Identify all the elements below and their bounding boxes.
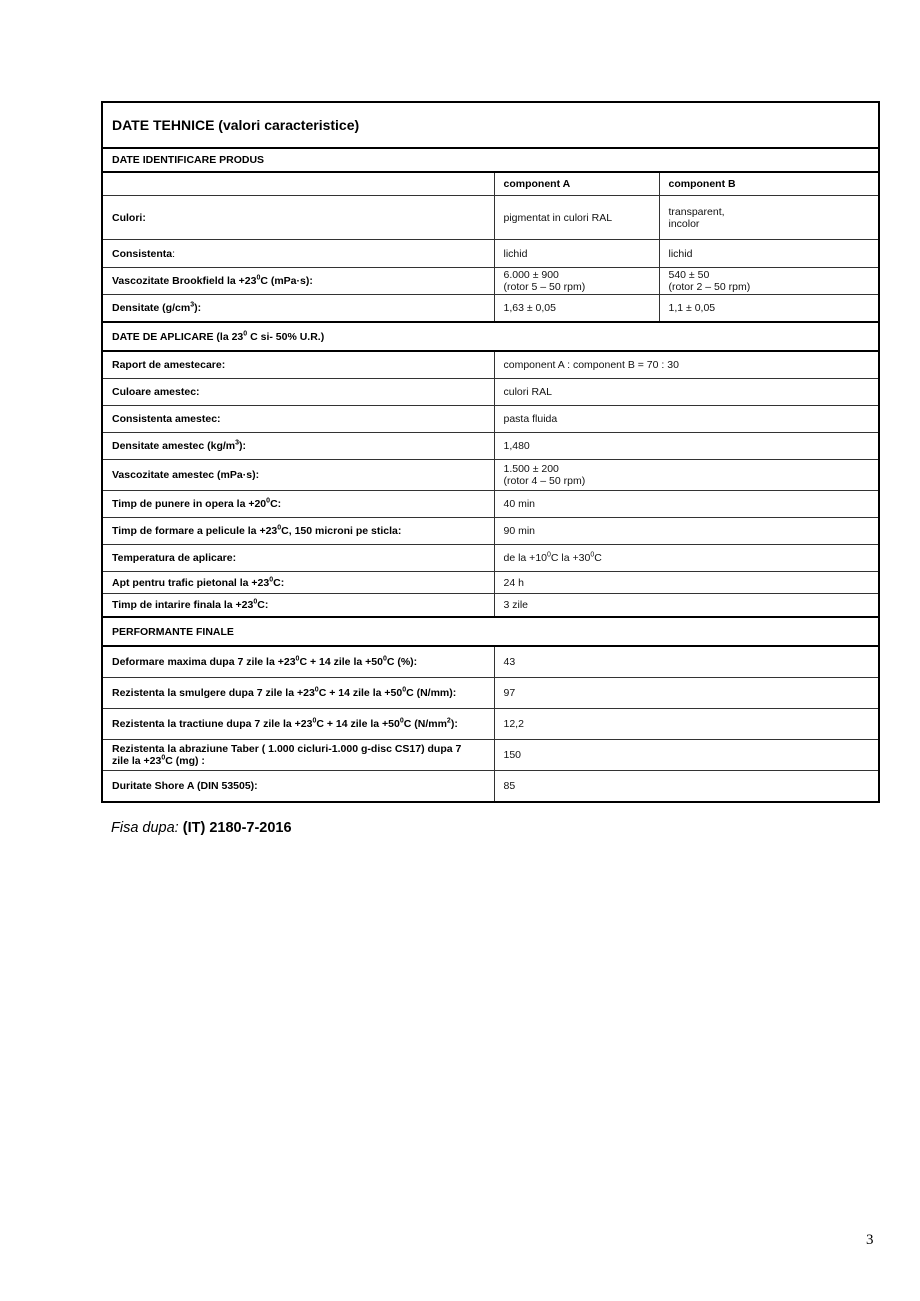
table-row: Rezistenta la abraziune Taber ( 1.000 ci…: [102, 740, 879, 771]
row-label: Consistenta:: [102, 240, 494, 268]
column-header-component-b: component B: [659, 172, 879, 196]
component-a-value: pigmentat in culori RAL: [494, 196, 659, 240]
table-row: Vascozitate amestec (mPa·s): 1.500 ± 200…: [102, 460, 879, 491]
row-label: Culoare amestec:: [102, 379, 494, 406]
row-value: 43: [494, 646, 879, 678]
label-text: C:: [270, 498, 281, 510]
value-line: (rotor 2 – 50 rpm): [669, 281, 751, 293]
row-value: 97: [494, 678, 879, 709]
section-heading: DATE IDENTIFICARE PRODUS: [102, 148, 879, 172]
value-line: transparent,: [669, 206, 725, 218]
row-label: Densitate (g/cm3):: [102, 295, 494, 323]
table-row: Culoare amestec: culori RAL: [102, 379, 879, 406]
table-row: Duritate Shore A (DIN 53505): 85: [102, 771, 879, 803]
component-b-value: transparent,incolor: [659, 196, 879, 240]
label-text: C (mPa·s):: [260, 275, 313, 287]
label-text: Rezistenta la tractiune dupa 7 zile la +…: [112, 718, 312, 730]
row-label: Timp de punere in opera la +200C:: [102, 491, 494, 518]
row-value: 3 zile: [494, 594, 879, 618]
label-text: C + 14 zile la +50: [299, 656, 382, 668]
section-header-identificare: DATE IDENTIFICARE PRODUS: [102, 148, 879, 172]
label-text: Densitate amestec (kg/m: [112, 440, 235, 452]
label-text: C + 14 zile la +50: [319, 687, 402, 699]
table-row: Rezistenta la smulgere dupa 7 zile la +2…: [102, 678, 879, 709]
table-row: Timp de punere in opera la +200C: 40 min: [102, 491, 879, 518]
source-footnote: Fisa dupa: (IT) 2180-7-2016: [111, 820, 292, 836]
label-text: Timp de formare a pelicule la +23: [112, 525, 277, 537]
row-label: Densitate amestec (kg/m3):: [102, 433, 494, 460]
row-value: 150: [494, 740, 879, 771]
table-row: Timp de intarire finala la +230C: 3 zile: [102, 594, 879, 618]
row-value: 12,2: [494, 709, 879, 740]
label-text: Apt pentru trafic pietonal la +23: [112, 577, 269, 589]
page-number: 3: [866, 1232, 874, 1249]
value-line: (rotor 5 – 50 rpm): [504, 281, 586, 293]
row-value: de la +100C la +300C: [494, 545, 879, 572]
row-value: 40 min: [494, 491, 879, 518]
table-row: Apt pentru trafic pietonal la +230C: 24 …: [102, 572, 879, 594]
value-text: de la +10: [504, 552, 548, 564]
row-value: component A : component B = 70 : 30: [494, 351, 879, 379]
row-label: Culori:: [102, 196, 494, 240]
label-text: Densitate (g/cm: [112, 302, 190, 314]
label-text: Rezistenta la smulgere dupa 7 zile la +2…: [112, 687, 315, 699]
component-a-value: 1,63 ± 0,05: [494, 295, 659, 323]
row-label: Rezistenta la abraziune Taber ( 1.000 ci…: [102, 740, 494, 771]
table-title-row: DATE TEHNICE (valori caracteristice): [102, 102, 879, 148]
column-header-row: component A component B: [102, 172, 879, 196]
row-label: Consistenta amestec:: [102, 406, 494, 433]
row-label: Timp de formare a pelicule la +230C, 150…: [102, 518, 494, 545]
label-text: Vascozitate Brookfield la +23: [112, 275, 256, 287]
label-text: ):: [194, 302, 201, 314]
value-line: (rotor 4 – 50 rpm): [504, 475, 586, 487]
heading-text: DATE DE APLICARE (la 23: [112, 331, 243, 343]
table-row: Timp de formare a pelicule la +230C, 150…: [102, 518, 879, 545]
row-label: Vascozitate amestec (mPa·s):: [102, 460, 494, 491]
section-heading: DATE DE APLICARE (la 230 C si- 50% U.R.): [102, 322, 879, 351]
label-text: Timp de intarire finala la +23: [112, 599, 253, 611]
label-text: C (mg) :: [165, 755, 205, 767]
label-text: ):: [239, 440, 246, 452]
document-title: DATE TEHNICE (valori caracteristice): [102, 102, 879, 148]
component-b-value: 540 ± 50(rotor 2 – 50 rpm): [659, 268, 879, 295]
section-heading: PERFORMANTE FINALE: [102, 617, 879, 646]
label-text: Deformare maxima dupa 7 zile la +23: [112, 656, 296, 668]
row-label: Temperatura de aplicare:: [102, 545, 494, 572]
section-header-performante: PERFORMANTE FINALE: [102, 617, 879, 646]
label-text: Consistenta: [112, 248, 172, 260]
table-row: Consistenta: lichid lichid: [102, 240, 879, 268]
heading-text: C si- 50% U.R.): [247, 331, 324, 343]
section-header-aplicare: DATE DE APLICARE (la 230 C si- 50% U.R.): [102, 322, 879, 351]
component-a-value: 6.000 ± 900(rotor 5 – 50 rpm): [494, 268, 659, 295]
value-text: C: [594, 552, 602, 564]
value-text: C la +30: [551, 552, 590, 564]
value-line: 540 ± 50: [669, 269, 710, 281]
row-label: Rezistenta la tractiune dupa 7 zile la +…: [102, 709, 494, 740]
label-text: ):: [451, 718, 458, 730]
table-row: Deformare maxima dupa 7 zile la +230C + …: [102, 646, 879, 678]
value-line: 6.000 ± 900: [504, 269, 559, 281]
label-text: C:: [273, 577, 284, 589]
table-row: Densitate (g/cm3): 1,63 ± 0,05 1,1 ± 0,0…: [102, 295, 879, 323]
row-value: 24 h: [494, 572, 879, 594]
label-suffix: :: [172, 248, 175, 260]
table-row: Consistenta amestec: pasta fluida: [102, 406, 879, 433]
label-text: C (N/mm: [404, 718, 447, 730]
table-row: Temperatura de aplicare: de la +100C la …: [102, 545, 879, 572]
technical-data-table: DATE TEHNICE (valori caracteristice) DAT…: [101, 101, 880, 803]
label-text: zile la +23: [112, 755, 161, 767]
label-text: C (N/mm):: [406, 687, 456, 699]
table-row: Densitate amestec (kg/m3): 1,480: [102, 433, 879, 460]
row-value: culori RAL: [494, 379, 879, 406]
table-row: Culori: pigmentat in culori RAL transpar…: [102, 196, 879, 240]
value-line: 1.500 ± 200: [504, 463, 559, 475]
row-value: 85: [494, 771, 879, 803]
row-value: 1,480: [494, 433, 879, 460]
row-value: 90 min: [494, 518, 879, 545]
row-value: pasta fluida: [494, 406, 879, 433]
value-line: incolor: [669, 218, 700, 230]
component-b-value: lichid: [659, 240, 879, 268]
component-b-value: 1,1 ± 0,05: [659, 295, 879, 323]
component-a-value: lichid: [494, 240, 659, 268]
table-row: Vascozitate Brookfield la +230C (mPa·s):…: [102, 268, 879, 295]
table-row: Rezistenta la tractiune dupa 7 zile la +…: [102, 709, 879, 740]
label-text: Timp de punere in opera la +20: [112, 498, 266, 510]
row-label: Duritate Shore A (DIN 53505):: [102, 771, 494, 803]
label-text: C, 150 microni pe sticla:: [281, 525, 401, 537]
table-row: Raport de amestecare: component A : comp…: [102, 351, 879, 379]
document-page: DATE TEHNICE (valori caracteristice) DAT…: [0, 0, 920, 1301]
row-label: Timp de intarire finala la +230C:: [102, 594, 494, 618]
label-text: C (%):: [387, 656, 417, 668]
footnote-prefix: Fisa dupa:: [111, 820, 179, 836]
label-text: Rezistenta la abraziune Taber ( 1.000 ci…: [112, 743, 461, 755]
label-text: C + 14 zile la +50: [316, 718, 399, 730]
row-value: 1.500 ± 200(rotor 4 – 50 rpm): [494, 460, 879, 491]
footnote-reference: (IT) 2180-7-2016: [183, 820, 292, 836]
label-text: C:: [257, 599, 268, 611]
row-label: Vascozitate Brookfield la +230C (mPa·s):: [102, 268, 494, 295]
row-label: Apt pentru trafic pietonal la +230C:: [102, 572, 494, 594]
row-label: Raport de amestecare:: [102, 351, 494, 379]
row-label: Rezistenta la smulgere dupa 7 zile la +2…: [102, 678, 494, 709]
column-header-component-a: component A: [494, 172, 659, 196]
row-label: Deformare maxima dupa 7 zile la +230C + …: [102, 646, 494, 678]
column-header-empty: [102, 172, 494, 196]
